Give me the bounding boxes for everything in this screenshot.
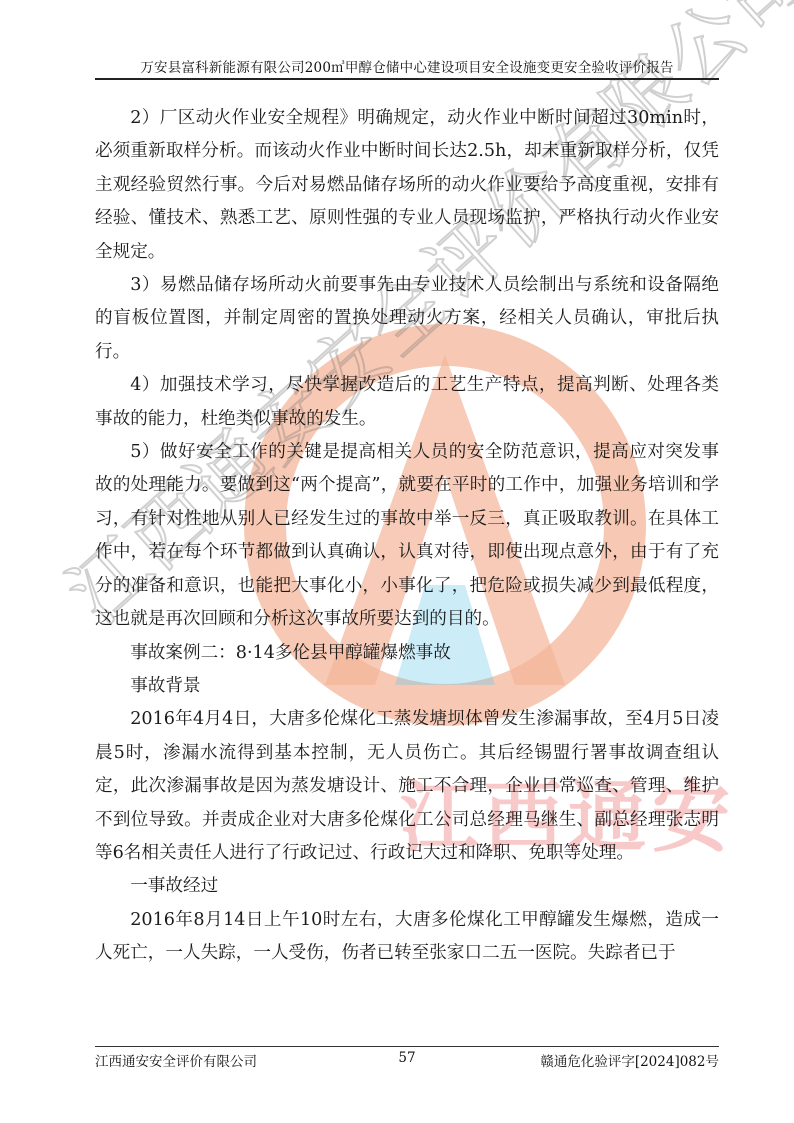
paragraph-item-2: 2）厂区动火作业安全规程》明确规定，动火作业中断时间超过30min时，必须重新取… [95,102,719,269]
footer-divider [95,1046,719,1047]
process-paragraph: 2016年8月14日上午10时左右，大唐多伦煤化工甲醇罐发生爆燃，造成一人死亡，… [95,904,719,971]
process-heading: 一事故经过 [95,870,719,903]
paragraph-item-4: 4）加强技术学习，尽快掌握改造后的工艺生产特点，提高判断、处理各类事故的能力，杜… [95,369,719,436]
document-body: 2）厂区动火作业安全规程》明确规定，动火作业中断时间超过30min时，必须重新取… [95,102,719,971]
header-divider [95,78,719,80]
footer-doc-number: 赣通危化验评字[2024]082号 [540,1050,719,1070]
page-header-title: 万安县富科新能源有限公司200㎥甲醇仓储中心建设项目安全设施变更安全验收评价报告 [95,56,719,76]
paragraph-item-5: 5）做好安全工作的关键是提高相关人员的安全防范意识，提高应对突发事故的处理能力。… [95,436,719,636]
paragraph-item-3: 3）易燃品储存场所动火前要事先由专业技术人员绘制出与系统和设备隔绝的盲板位置图，… [95,269,719,369]
background-paragraph: 2016年4月4日，大唐多伦煤化工蒸发塘坝体曾发生渗漏事故，至4月5日凌晨5时，… [95,703,719,870]
case-two-heading: 事故案例二：8·14多伦县甲醇罐爆燃事故 [95,637,719,670]
background-heading: 事故背景 [95,670,719,703]
